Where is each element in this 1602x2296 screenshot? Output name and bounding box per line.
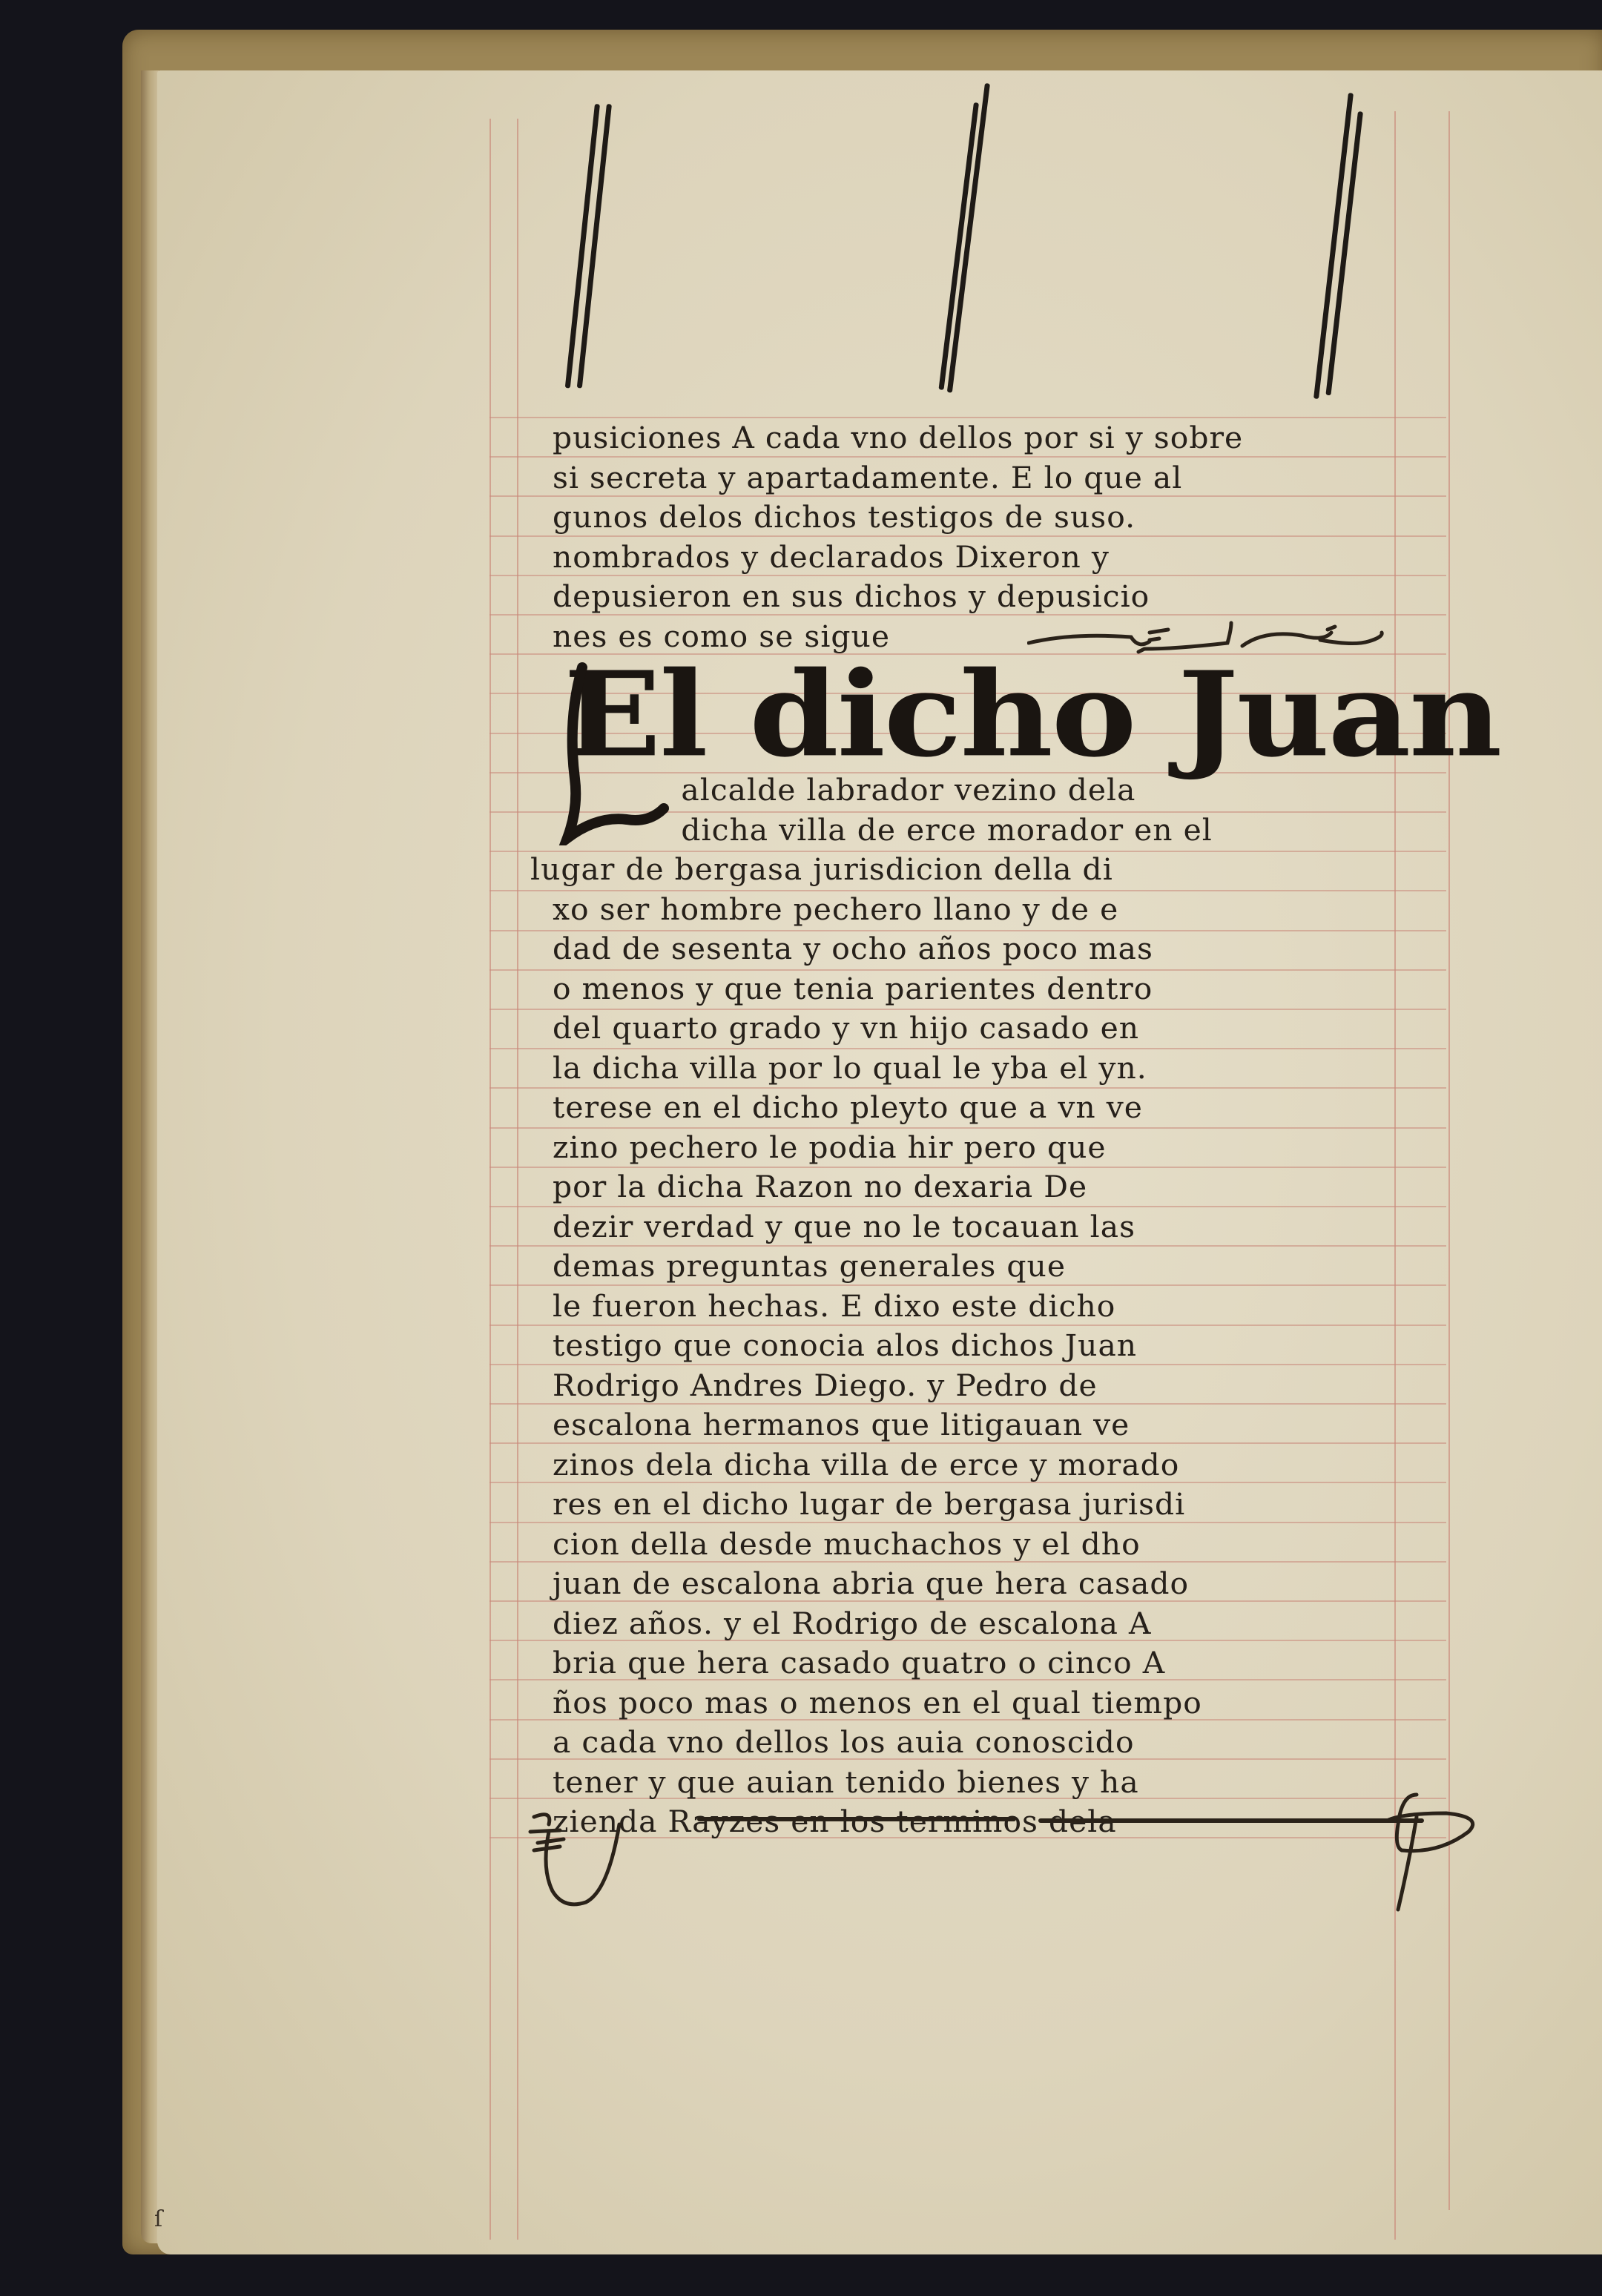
text-line: depusieron en sus dichos y depusicio (553, 578, 1430, 618)
text-line: cion della desde muchachos y el dho (553, 1525, 1430, 1566)
text-line: dezir verdad y que no le tocauan las (553, 1208, 1430, 1248)
ruling-left-inner (517, 119, 518, 2240)
text-line: si secreta y apartadamente. E lo que al (553, 459, 1430, 499)
text-line: dicha villa de erce morador en el (553, 811, 1430, 851)
testimony-text-block: alcalde labrador vezino dela dicha villa… (553, 771, 1413, 1843)
text-line: o menos y que tenia parientes dentro (553, 970, 1430, 1010)
text-line: ños poco mas o menos en el qual tiempo (553, 1684, 1430, 1724)
text-line: demas preguntas generales que (553, 1247, 1430, 1287)
closing-flourish-right (1357, 1787, 1498, 1928)
section-heading: El dicho Juan (564, 656, 1553, 773)
text-line: a cada vno dellos los auia conoscido (553, 1723, 1430, 1764)
text-line: pusiciones A cada vno dellos por si y so… (553, 419, 1430, 459)
text-line: por la dicha Razon no dexaria De (553, 1168, 1430, 1208)
text-line: alcalde labrador vezino dela (553, 771, 1430, 811)
ruling-left-outer (489, 119, 491, 2240)
closing-rule-left (697, 1817, 1016, 1821)
catchword-mark: ſ (154, 2206, 162, 2232)
text-line: zino pechero le podia hir pero que (553, 1129, 1430, 1169)
text-line: del quarto grado y vn hijo casado en (553, 1009, 1430, 1049)
page-gutter-edge (141, 70, 159, 2243)
text-line: xo ser hombre pechero llano y de e (553, 891, 1430, 931)
text-line: Rodrigo Andres Diego. y Pedro de (553, 1367, 1430, 1407)
text-line: le fueron hechas. E dixo este dicho (553, 1287, 1430, 1327)
text-line: escalona hermanos que litigauan ve (553, 1406, 1430, 1446)
text-line: zinos dela dicha villa de erce y morado (553, 1446, 1430, 1486)
text-line: dad de sesenta y ocho años poco mas (553, 930, 1430, 970)
text-line: tener y que auian tenido bienes y ha (553, 1764, 1430, 1804)
ruling-line (489, 417, 1446, 418)
text-line: testigo que conocia alos dichos Juan (553, 1327, 1430, 1367)
text-line: terese en el dicho pleyto que a vn ve (553, 1089, 1430, 1129)
text-line: gunos delos dichos testigos de suso. (553, 498, 1430, 538)
closing-flourish-left (519, 1810, 697, 1913)
text-line: nombrados y declarados Dixeron y (553, 538, 1430, 578)
text-line: diez años. y el Rodrigo de escalona A (553, 1605, 1430, 1645)
text-line: la dicha villa por lo qual le yba el yn. (553, 1049, 1430, 1089)
text-line: bria que hera casado quatro o cinco A (553, 1644, 1430, 1684)
text-line: res en el dicho lugar de bergasa jurisdi (553, 1485, 1430, 1525)
text-line: lugar de bergasa jurisdicion della di (530, 851, 1431, 891)
text-line: juan de escalona abria que hera casado (553, 1565, 1430, 1605)
